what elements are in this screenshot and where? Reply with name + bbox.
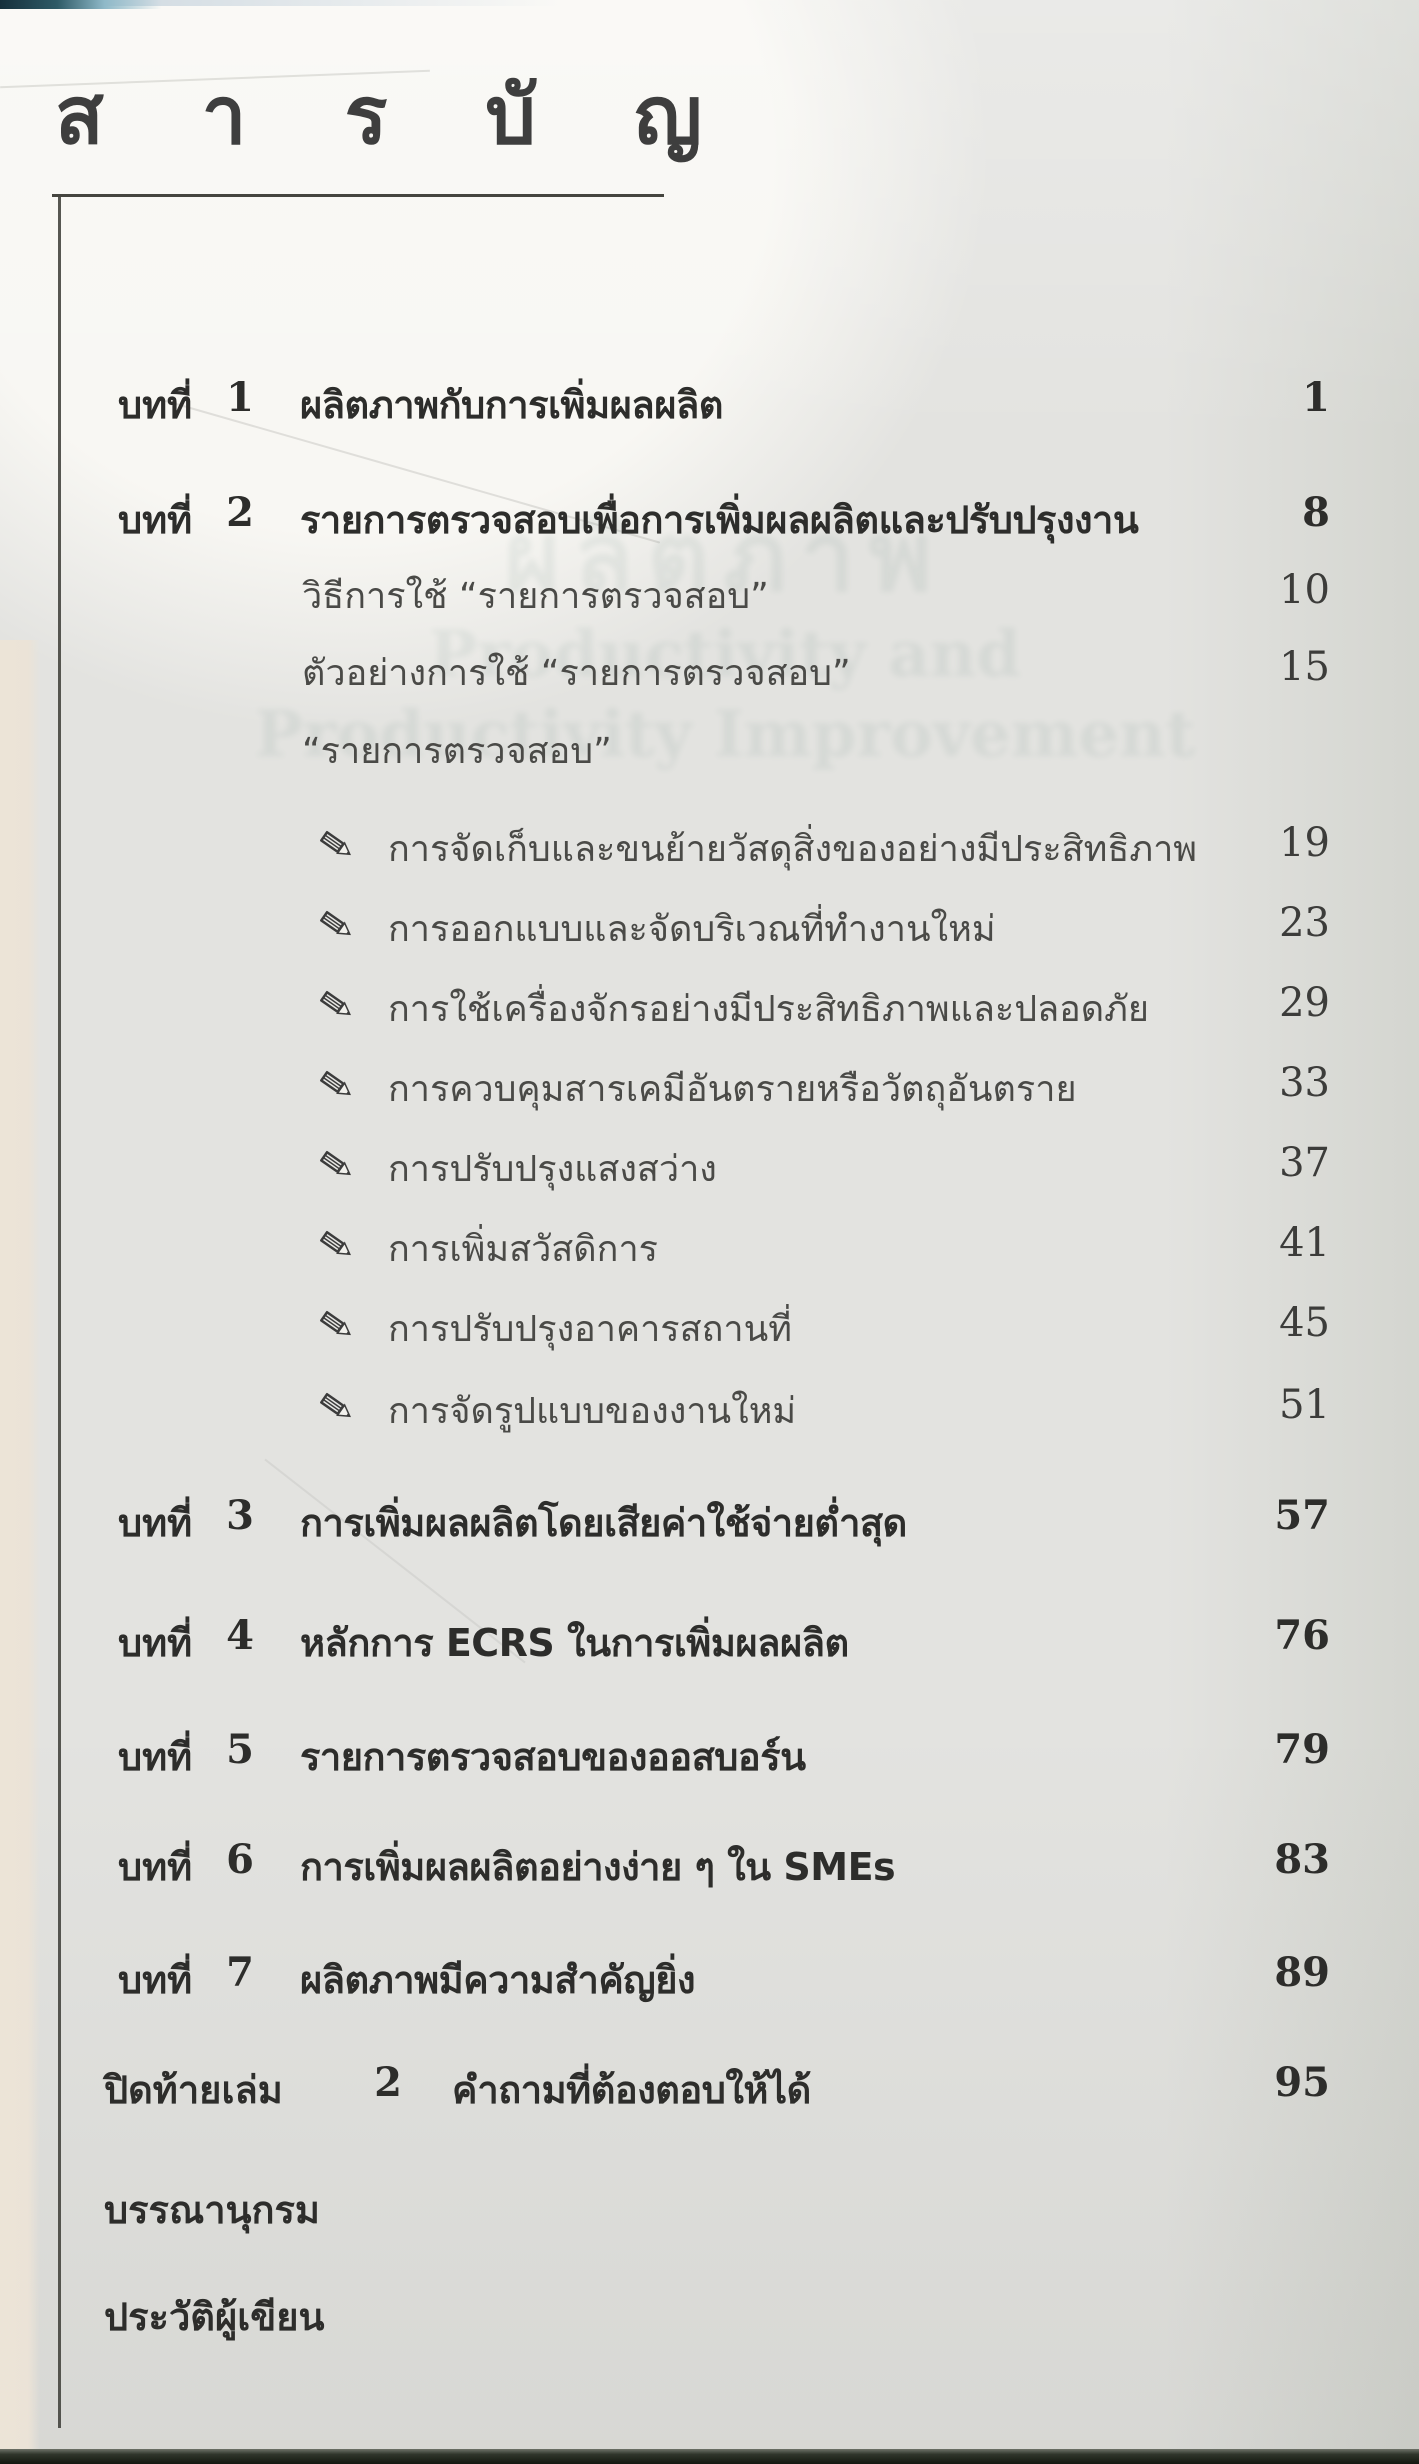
chapter-title: การเพิ่มผลผลิตโดยเสียค่าใช้จ่ายต่ำสุด xyxy=(300,1492,907,1553)
chapter-number: 3 xyxy=(208,1492,272,1539)
page-number: 79 xyxy=(1150,1726,1330,1773)
page-number: 37 xyxy=(1150,1140,1330,1186)
chapter-number: 4 xyxy=(208,1612,272,1659)
scan-corner-teal xyxy=(0,0,190,9)
chapter-number: 2 xyxy=(208,489,272,536)
toc-row-bibliography: บรรณานุกรม xyxy=(0,2179,1419,2231)
toc-row-checklist-item: การจัดรูปแบบของงานใหม่ 51 xyxy=(0,1382,1419,1434)
page-number: 89 xyxy=(1150,1949,1330,1996)
page-number: 19 xyxy=(1150,820,1330,866)
chapter-title: รายการตรวจสอบเพื่อการเพิ่มผลผลิตและปรับป… xyxy=(300,489,1138,550)
scanned-toc-page: { "header": { "title": "ส า ร บั ญ" }, "… xyxy=(0,0,1419,2464)
page-number: 15 xyxy=(1150,644,1330,690)
toc-row-checklist-item: การจัดเก็บและขนย้ายวัสดุสิ่งของอย่างมีปร… xyxy=(0,820,1419,872)
chapter-label: บทที่ xyxy=(118,1726,192,1787)
pencil-icon xyxy=(316,1306,360,1346)
page-number: 10 xyxy=(1150,567,1330,613)
chapter-label: บทที่ xyxy=(118,1949,192,2010)
chapter-number: 7 xyxy=(208,1949,272,1996)
chapter-title: ผลิตภาพมีความสำคัญยิ่ง xyxy=(300,1949,695,2010)
toc-row-subitem: “รายการตรวจสอบ” xyxy=(0,722,1419,774)
chapter-title: ผลิตภาพกับการเพิ่มผลผลิต xyxy=(300,374,723,435)
toc-row-checklist-item: การควบคุมสารเคมีอันตรายหรือวัตถุอันตราย … xyxy=(0,1060,1419,1112)
author-bio-label: ประวัติผู้เขียน xyxy=(104,2286,324,2347)
toc-row-checklist-item: การปรับปรุงแสงสว่าง 37 xyxy=(0,1140,1419,1192)
chapter-number: 1 xyxy=(208,374,272,421)
toc-row-chapter: บทที่ 4 หลักการ ECRS ในการเพิ่มผลผลิต 76 xyxy=(0,1612,1419,1664)
page-number: 51 xyxy=(1150,1382,1330,1428)
toc-row-chapter: บทที่ 7 ผลิตภาพมีความสำคัญยิ่ง 89 xyxy=(0,1949,1419,2001)
chapter-number: 6 xyxy=(208,1836,272,1883)
pencil-icon xyxy=(316,1226,360,1266)
chapter-label: บทที่ xyxy=(118,374,192,435)
subitem-title: ตัวอย่างการใช้ “รายการตรวจสอบ” xyxy=(302,644,851,701)
chapter-title: หลักการ ECRS ในการเพิ่มผลผลิต xyxy=(300,1612,849,1673)
toc-row-chapter: บทที่ 6 การเพิ่มผลผลิตอย่างง่าย ๆ ใน SME… xyxy=(0,1836,1419,1888)
checklist-item-title: การออกแบบและจัดบริเวณที่ทำงานใหม่ xyxy=(388,900,996,957)
page-number: 29 xyxy=(1150,980,1330,1026)
toc-row-chapter: บทที่ 2 รายการตรวจสอบเพื่อการเพิ่มผลผลิต… xyxy=(0,489,1419,541)
endnote-number: 2 xyxy=(356,2059,420,2106)
pencil-icon xyxy=(316,1388,360,1428)
subitem-title: “รายการตรวจสอบ” xyxy=(302,722,612,779)
chapter-label: บทที่ xyxy=(118,1836,192,1897)
subitem-title: วิธีการใช้ “รายการตรวจสอบ” xyxy=(302,567,769,624)
toc-row-checklist-item: การออกแบบและจัดบริเวณที่ทำงานใหม่ 23 xyxy=(0,900,1419,952)
chapter-label: บทที่ xyxy=(118,1492,192,1553)
scan-top-band xyxy=(0,0,560,6)
checklist-item-title: การจัดเก็บและขนย้ายวัสดุสิ่งของอย่างมีปร… xyxy=(388,820,1197,877)
toc-row-checklist-item: การใช้เครื่องจักรอย่างมีประสิทธิภาพและปล… xyxy=(0,980,1419,1032)
toc-row-chapter: บทที่ 5 รายการตรวจสอบของออสบอร์น 79 xyxy=(0,1726,1419,1778)
checklist-item-title: การควบคุมสารเคมีอันตรายหรือวัตถุอันตราย xyxy=(388,1060,1077,1117)
page-number: 8 xyxy=(1150,489,1330,536)
page-number: 76 xyxy=(1150,1612,1330,1659)
chapter-label: บทที่ xyxy=(118,1612,192,1673)
toc-row-subitem: ตัวอย่างการใช้ “รายการตรวจสอบ” 15 xyxy=(0,644,1419,696)
chapter-number: 5 xyxy=(208,1726,272,1773)
checklist-item-title: การเพิ่มสวัสดิการ xyxy=(388,1220,658,1277)
chapter-title: การเพิ่มผลผลิตอย่างง่าย ๆ ใน SMEs xyxy=(300,1836,895,1897)
page-number: 57 xyxy=(1150,1492,1330,1539)
checklist-item-title: การจัดรูปแบบของงานใหม่ xyxy=(388,1382,796,1439)
chapter-title: รายการตรวจสอบของออสบอร์น xyxy=(300,1726,806,1787)
title-underline xyxy=(52,194,664,197)
bibliography-label: บรรณานุกรม xyxy=(104,2179,320,2240)
pencil-icon xyxy=(316,1146,360,1186)
checklist-item-title: การใช้เครื่องจักรอย่างมีประสิทธิภาพและปล… xyxy=(388,980,1149,1037)
page-number: 95 xyxy=(1150,2059,1330,2106)
scan-bottom-edge xyxy=(0,2449,1419,2464)
toc-row-chapter: บทที่ 1 ผลิตภาพกับการเพิ่มผลผลิต 1 xyxy=(0,374,1419,426)
toc-row-checklist-item: การปรับปรุงอาคารสถานที่ 45 xyxy=(0,1300,1419,1352)
page-number: 83 xyxy=(1150,1836,1330,1883)
toc-row-checklist-item: การเพิ่มสวัสดิการ 41 xyxy=(0,1220,1419,1272)
pencil-icon xyxy=(316,1066,360,1106)
toc-row-chapter: บทที่ 3 การเพิ่มผลผลิตโดยเสียค่าใช้จ่ายต… xyxy=(0,1492,1419,1544)
page-number: 1 xyxy=(1150,374,1330,421)
page-number: 45 xyxy=(1150,1300,1330,1346)
page-title: ส า ร บั ญ xyxy=(55,76,706,156)
page-number: 23 xyxy=(1150,900,1330,946)
chapter-label: บทที่ xyxy=(118,489,192,550)
pencil-icon xyxy=(316,826,360,866)
pencil-icon xyxy=(316,906,360,946)
pencil-icon xyxy=(316,986,360,1026)
toc-row-author-bio: ประวัติผู้เขียน xyxy=(0,2286,1419,2338)
checklist-item-title: การปรับปรุงอาคารสถานที่ xyxy=(388,1300,792,1357)
toc-row-subitem: วิธีการใช้ “รายการตรวจสอบ” 10 xyxy=(0,567,1419,619)
checklist-item-title: การปรับปรุงแสงสว่าง xyxy=(388,1140,717,1197)
endnote-label: ปิดท้ายเล่ม xyxy=(104,2059,283,2120)
page-number: 41 xyxy=(1150,1220,1330,1266)
toc-row-endnote: ปิดท้ายเล่ม 2 คำถามที่ต้องตอบให้ได้ 95 xyxy=(0,2059,1419,2111)
endnote-title: คำถามที่ต้องตอบให้ได้ xyxy=(452,2059,811,2120)
page-number: 33 xyxy=(1150,1060,1330,1106)
